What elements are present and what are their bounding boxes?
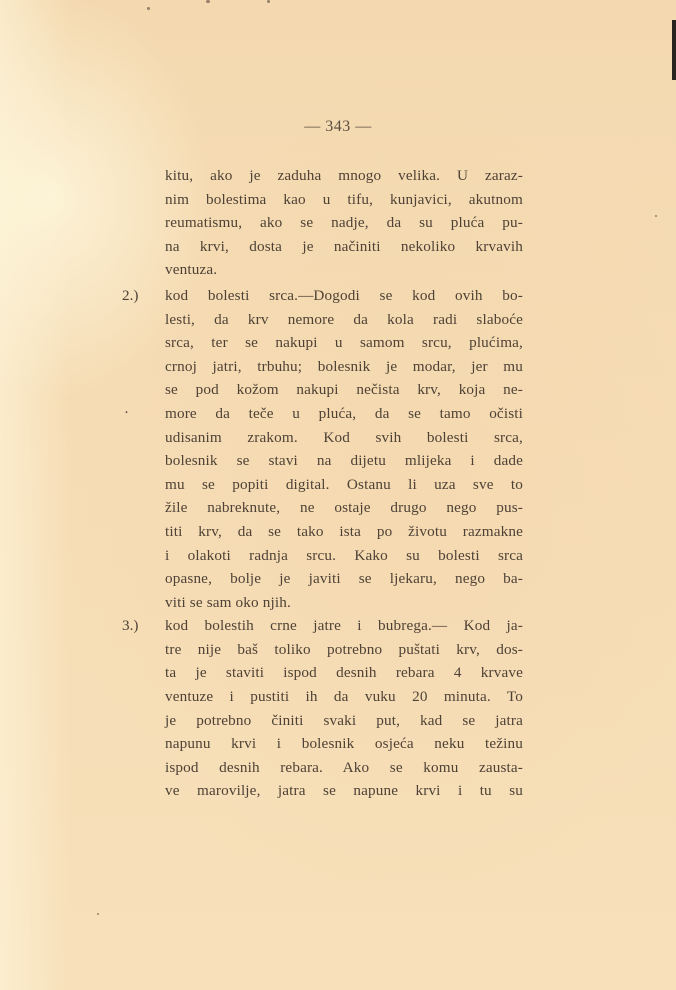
numbered-item-3: 3.) kod bolestih crne jatre i bubrega.— … — [165, 614, 523, 803]
text-line: kod bolesti srca.—Dogodi se kod ovih bo- — [165, 284, 523, 308]
text-line: mu se popiti digital. Ostanu li uza sve … — [165, 473, 523, 497]
text-line: ta je staviti ispod desnih rebara 4 krva… — [165, 661, 523, 685]
text-line: bolesnik se stavi na dijetu mlijeka i da… — [165, 449, 523, 473]
text-line: nim bolestima kao u tifu, kunjavici, aku… — [165, 188, 523, 212]
text-line: kitu, ako je zaduha mnogo velika. U zara… — [165, 164, 523, 188]
text-line: i olakoti radnja srcu. Kako su bolesti s… — [165, 544, 523, 568]
text-line: srca, ter se nakupi u samom srcu, plućim… — [165, 331, 523, 355]
text-line: na krvi, dosta je načiniti nekoliko krva… — [165, 235, 523, 259]
paragraph-continuation: kitu, ako je zaduha mnogo velika. U zara… — [165, 164, 523, 282]
text-line: napunu krvi i bolesnik osjeća neku težin… — [165, 732, 523, 756]
text-line: titi krv, da se tako ista po životu razm… — [165, 520, 523, 544]
scanned-book-page: — 343 — kitu, ako je zaduha mnogo velika… — [0, 0, 676, 990]
page-edge-shadow — [672, 20, 676, 80]
paper-speck — [206, 0, 210, 3]
text-line: reumatismu, ako se nadje, da su pluća pu… — [165, 211, 523, 235]
item-number: 2.) — [122, 284, 138, 308]
text-line: ventuze i pustiti ih da vuku 20 minuta. … — [165, 685, 523, 709]
item-number: 3.) — [122, 614, 138, 638]
text-line: kod bolestih crne jatre i bubrega.— Kod … — [165, 614, 523, 638]
numbered-item-2: 2.) kod bolesti srca.—Dogodi se kod ovih… — [165, 284, 523, 614]
page-number: — 343 — — [0, 118, 676, 136]
text-line: je potrebno činiti svaki put, kad se jat… — [165, 709, 523, 733]
paper-speck — [147, 7, 150, 10]
text-line: se pod kožom nakupi nečista krv, koja ne… — [165, 378, 523, 402]
text-line: crnoj jatri, trbuhu; bolesnik je modar, … — [165, 355, 523, 379]
margin-mark: · — [124, 402, 129, 426]
paper-speck — [267, 0, 270, 3]
body-text: kitu, ako je zaduha mnogo velika. U zara… — [165, 164, 523, 803]
text-line-content: more da teče u pluća, da se tamo očisti — [165, 405, 523, 422]
text-line: tre nije baš toliko potrebno puštati krv… — [165, 638, 523, 662]
text-line: ventuza. — [165, 258, 523, 282]
paper-speck — [97, 913, 99, 915]
text-line: udisanim zrakom. Kod svih bolesti srca, — [165, 426, 523, 450]
text-line: žile nabreknute, ne ostaje drugo nego pu… — [165, 496, 523, 520]
text-line: lesti, da krv nemore da kola radi slaboć… — [165, 308, 523, 332]
text-line: ispod desnih rebara. Ako se komu zausta- — [165, 756, 523, 780]
text-line: · more da teče u pluća, da se tamo očist… — [165, 402, 523, 426]
text-line: ve marovilje, jatra se napune krvi i tu … — [165, 779, 523, 803]
text-line: opasne, bolje je javiti se ljekaru, nego… — [165, 567, 523, 591]
text-line: viti se sam oko njih. — [165, 591, 523, 615]
paper-speck — [655, 215, 657, 217]
